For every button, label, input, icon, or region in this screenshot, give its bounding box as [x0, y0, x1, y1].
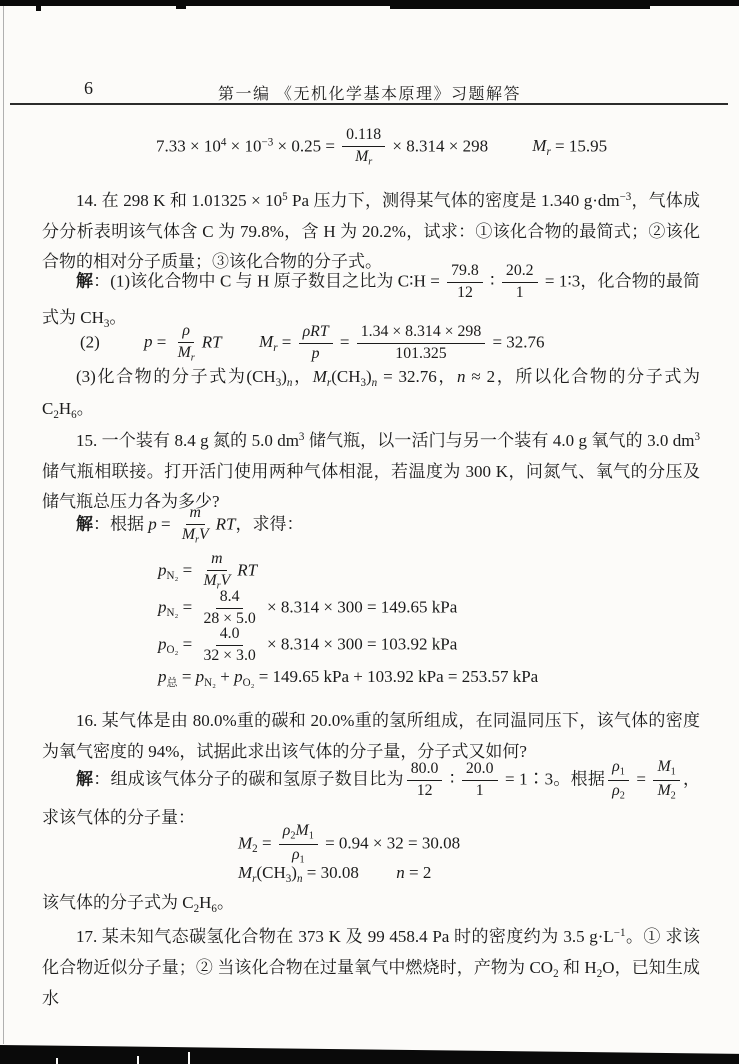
problem-15-formula-n2-partial-pressure: pN₂ = 8.428 × 5.0 × 8.314 × 300 = 149.65… [158, 588, 457, 629]
problem-15-solution-intro: 解：根据 p = mMrVRT，求得： [42, 504, 700, 547]
scan-artifact-tick [36, 6, 41, 11]
scan-artifact-tick [176, 5, 186, 9]
scan-artifact-notch [137, 1056, 139, 1064]
problem-17-statement: 17. 某未知气态碳氢化合物在 373 K 及 99 458.4 Pa 时的密度… [42, 922, 700, 1015]
display-formula-mr-calculation: 7.33 × 104 × 10−3 × 0.25 = 0.118Mr × 8.3… [156, 126, 607, 169]
running-header-title: 第一编 《无机化学基本原理》习题解答 [0, 81, 739, 104]
scan-artifact-notch [188, 1052, 190, 1064]
scan-edge-left [3, 6, 4, 1044]
problem-14-solution-step3: (3)化合物的分子式为(CH3)n，Mr(CH3)n = 32.76，n ≈ 2… [42, 362, 700, 425]
problem-16-formula-mr: Mr(CH3)n = 30.08n = 2 [238, 862, 431, 887]
header-rule [10, 103, 728, 105]
scan-edge-top-thick [390, 0, 650, 9]
problem-15-formula-o2-partial-pressure: pO₂ = 4.032 × 3.0 × 8.314 × 300 = 103.92… [158, 625, 457, 666]
problem-15-formula-total-pressure: p总 = pN₂ + pO₂ = 149.65 kPa + 103.92 kPa… [158, 666, 538, 691]
scan-edge-bottom [0, 1045, 739, 1064]
scan-artifact-notch [56, 1058, 58, 1064]
problem-16-formula-m2: M2 = ρ2M1ρ1 = 0.94 × 32 = 30.08 [238, 822, 460, 867]
problem-15-formula-general: pN₂ = mMrVRT [158, 550, 257, 593]
problem-16-conclusion: 该气体的分子式为 C2H6。 [42, 888, 700, 920]
problem-14-solution-step2-formula: (2)p = ρMrRTMr = ρRTp = 1.34 × 8.314 × 2… [80, 322, 545, 365]
